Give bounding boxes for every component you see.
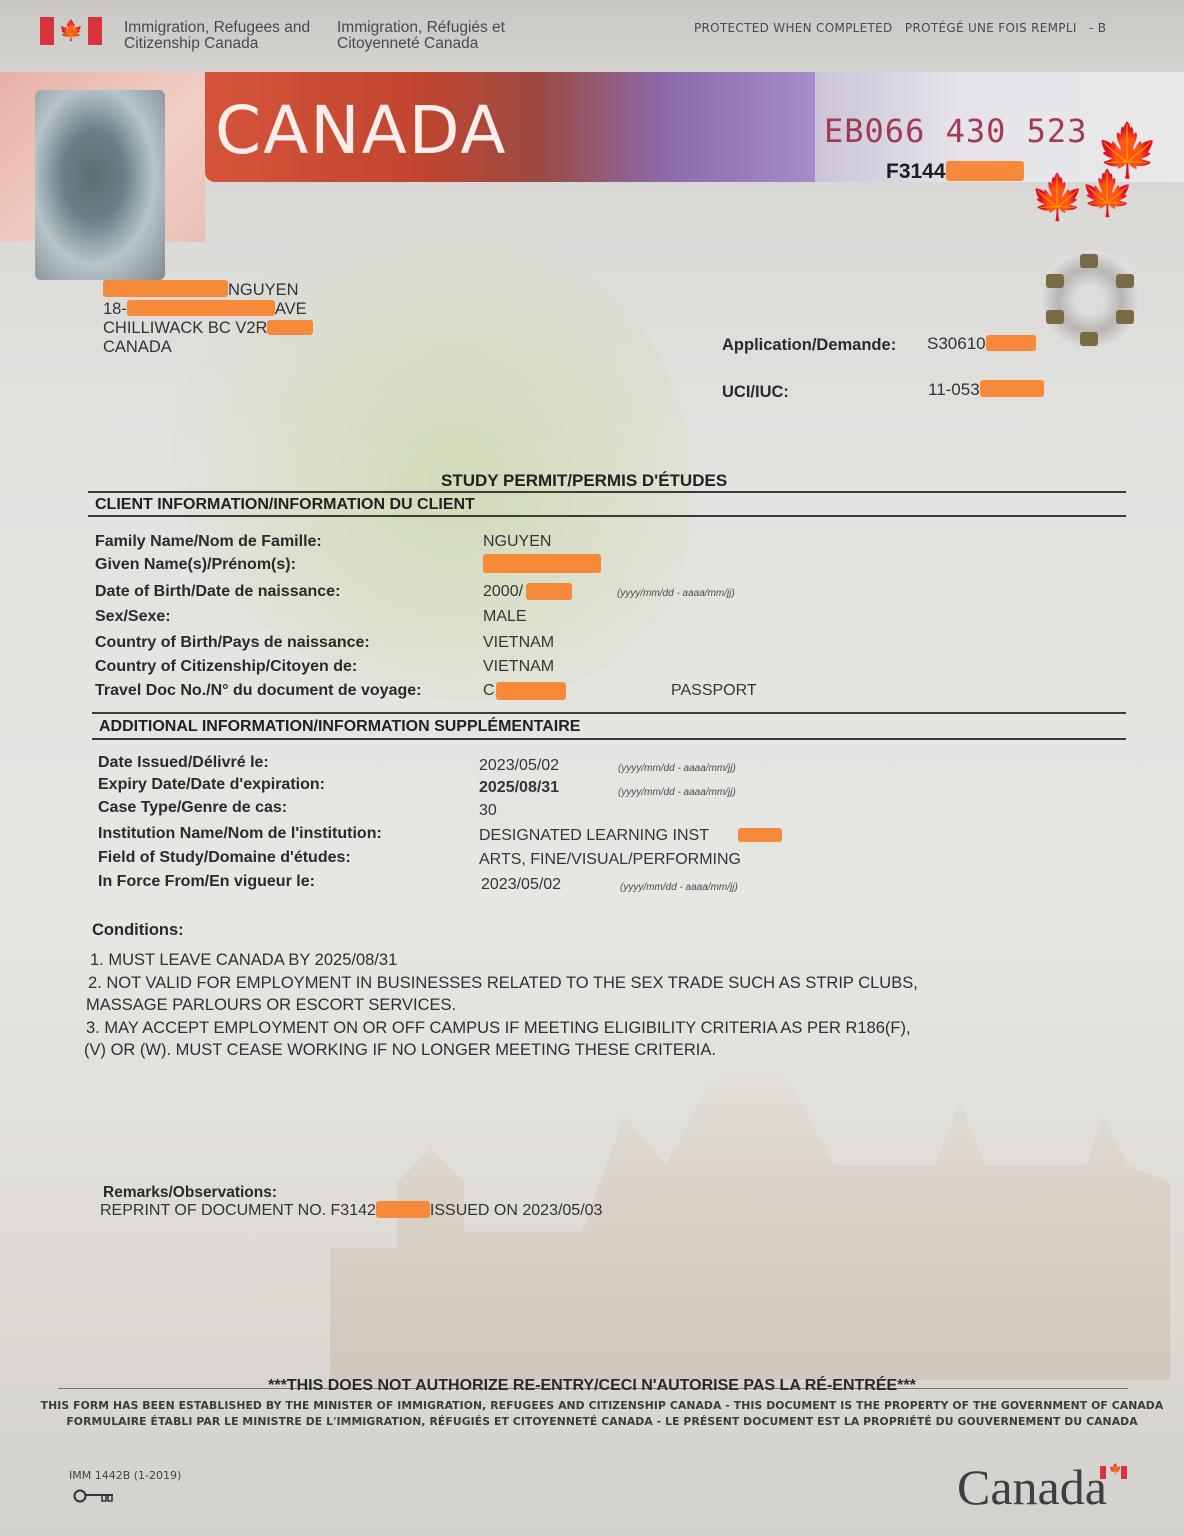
field-label: Country of Birth/Pays de naissance: [95,634,370,652]
field-value: 30 [479,802,497,820]
legal-notice-fr: FORMULAIRE ÉTABLI PAR LE MINISTRE DE L'I… [0,1415,1184,1428]
application-value: S30610 [927,334,986,353]
wordmark-flag-icon: 🍁 [1100,1466,1127,1479]
field-label: Travel Doc No./N° du document de voyage: [95,682,421,700]
field-label: Case Type/Genre de cas: [98,799,287,817]
field-value: NGUYEN [483,533,551,551]
field-label: Expiry Date/Date d'expiration: [98,776,325,794]
field-sex: Sex/Sexe: MALE [95,608,1184,632]
date-format-hint: (yyyy/mm/dd - aaaa/mm/jj) [618,787,736,798]
field-value: 2025/08/31 [479,779,559,797]
address-country: CANADA [103,338,313,357]
redaction [980,380,1044,397]
address-street-prefix: 18- [103,300,127,318]
field-value: 2023/05/02 [481,876,561,894]
condition-line: 1. MUST LEAVE CANADA BY 2025/08/31 [86,949,918,972]
field-case-type: Case Type/Genre de cas: 30 [98,799,1184,823]
document-title: STUDY PERMIT/PERMIS D'ÉTUDES [441,471,727,491]
field-label: Field of Study/Domaine d'études: [98,849,351,867]
date-format-hint: (yyyy/mm/dd - aaaa/mm/jj) [620,882,738,893]
field-label: In Force From/En vigueur le: [98,873,315,891]
field-institution: Institution Name/Nom de l'institution: D… [98,825,1184,849]
additional-info-heading: ADDITIONAL INFORMATION/INFORMATION SUPPL… [99,718,580,736]
canada-wordmark: Canada [957,1458,1107,1516]
address-city: CHILLIWACK BC V2R [103,319,267,337]
protected-notice: PROTECTED WHEN COMPLETED PROTÉGÉ UNE FOI… [694,21,1106,35]
field-value: MALE [483,608,527,626]
conditions-list: 1. MUST LEAVE CANADA BY 2025/08/31 2. NO… [86,949,918,1062]
form-number: IMM 1442B (1-2019) [69,1469,181,1482]
divider [92,712,1126,714]
remarks-text: REPRINT OF DOCUMENT NO. F3142ISSUED ON 2… [100,1201,602,1220]
security-banner [0,72,1184,242]
redaction [946,161,1024,181]
serial-number: EB066 430 523 [824,112,1087,150]
key-icon [73,1489,117,1503]
snowflake-hands-emblem-icon [1040,250,1140,350]
document-number: F3144 [886,160,1024,184]
remarks-heading: Remarks/Observations: [103,1184,277,1202]
field-citizenship: Country of Citizenship/Citoyen de: VIETN… [95,658,1184,682]
application-label: Application/Demande: [722,336,896,355]
divider [88,515,1126,517]
condition-line: (V) OR (W). MUST CEASE WORKING IF NO LON… [84,1039,918,1062]
field-value: VIETNAM [483,634,554,652]
condition-line: 2. NOT VALID FOR EMPLOYMENT IN BUSINESSE… [86,972,918,995]
field-label: Country of Citizenship/Citoyen de: [95,658,357,676]
condition-line: MASSAGE PARLOURS OR ESCORT SERVICES. [86,994,918,1017]
department-name-en: Immigration, Refugees and Citizenship Ca… [124,20,310,52]
maple-leaf-hologram-icon [35,90,165,280]
conditions-heading: Conditions: [92,921,184,940]
date-format-hint: (yyyy/mm/dd - aaaa/mm/jj) [617,588,735,599]
field-label: Sex/Sexe: [95,608,171,626]
field-label: Date Issued/Délivré le: [98,754,269,772]
redaction [376,1201,430,1218]
travel-doc-type: PASSPORT [671,682,757,700]
address-street-suffix: AVE [275,300,307,318]
field-given-names: Given Name(s)/Prénom(s): [95,556,1184,580]
application-number: S30610 [927,334,1036,354]
remarks-suffix: ISSUED ON 2023/05/03 [430,1202,603,1219]
field-value: DESIGNATED LEARNING INST [479,827,709,845]
remarks-prefix: REPRINT OF DOCUMENT NO. F3142 [100,1202,376,1219]
uci-label: UCI/IUC: [722,383,789,402]
divider [88,491,1126,493]
field-travel-doc: Travel Doc No./N° du document de voyage:… [95,682,1184,706]
canada-flag-icon: 🍁 [40,17,102,45]
redaction [738,828,782,842]
reentry-warning: ***THIS DOES NOT AUTHORIZE RE-ENTRY/CECI… [0,1377,1184,1395]
field-value: 2023/05/02 [479,757,559,775]
condition-line: 3. MAY ACCEPT EMPLOYMENT ON OR OFF CAMPU… [86,1017,918,1040]
field-date-of-birth: Date of Birth/Date de naissance: 2000/ (… [95,583,1184,607]
field-date-issued: Date Issued/Délivré le: 2023/05/02 (yyyy… [98,754,1184,778]
redaction [483,554,601,573]
field-label: Given Name(s)/Prénom(s): [95,556,296,574]
department-en-line1: Immigration, Refugees and [124,20,310,36]
client-info-heading: CLIENT INFORMATION/INFORMATION DU CLIENT [95,496,475,514]
redaction [496,682,566,700]
redaction [267,320,313,335]
banner-title: CANADA [215,92,508,169]
document-number-prefix: F3144 [886,160,946,183]
field-value: ARTS, FINE/VISUAL/PERFORMING [479,851,741,869]
field-label: Institution Name/Nom de l'institution: [98,825,382,843]
department-name-fr: Immigration, Réfugiés et Citoyenneté Can… [337,20,505,52]
department-fr-line2: Citoyenneté Canada [337,36,505,52]
redaction [127,300,275,316]
field-family-name: Family Name/Nom de Famille: NGUYEN [95,533,1184,557]
field-field-of-study: Field of Study/Domaine d'études: ARTS, F… [98,849,1184,873]
redaction [103,280,228,297]
maple-leaf-icon: 🍁 [1080,168,1135,220]
field-label: Date of Birth/Date de naissance: [95,583,340,601]
field-country-of-birth: Country of Birth/Pays de naissance: VIET… [95,634,1184,658]
field-in-force-from: In Force From/En vigueur le: 2023/05/02 … [98,873,1184,897]
address-name: NGUYEN [228,281,299,299]
field-expiry-date: Expiry Date/Date d'expiration: 2025/08/3… [98,776,1184,800]
field-value: VIETNAM [483,658,554,676]
divider [92,738,1126,740]
uci-value: 11-053 [928,380,980,399]
department-en-line2: Citizenship Canada [124,36,310,52]
field-label: Family Name/Nom de Famille: [95,533,322,551]
maple-leaf-icon: 🍁 [1030,172,1085,224]
redaction [986,335,1036,351]
redaction [526,583,572,600]
uci-number: 11-053 [928,380,1044,400]
field-value: 2000/ [483,583,523,601]
mailing-address: NGUYEN 18-AVE CHILLIWACK BC V2R CANADA [103,280,313,357]
date-format-hint: (yyyy/mm/dd - aaaa/mm/jj) [618,763,736,774]
legal-notice-en: THIS FORM HAS BEEN ESTABLISHED BY THE MI… [0,1399,1184,1412]
department-fr-line1: Immigration, Réfugiés et [337,20,505,36]
